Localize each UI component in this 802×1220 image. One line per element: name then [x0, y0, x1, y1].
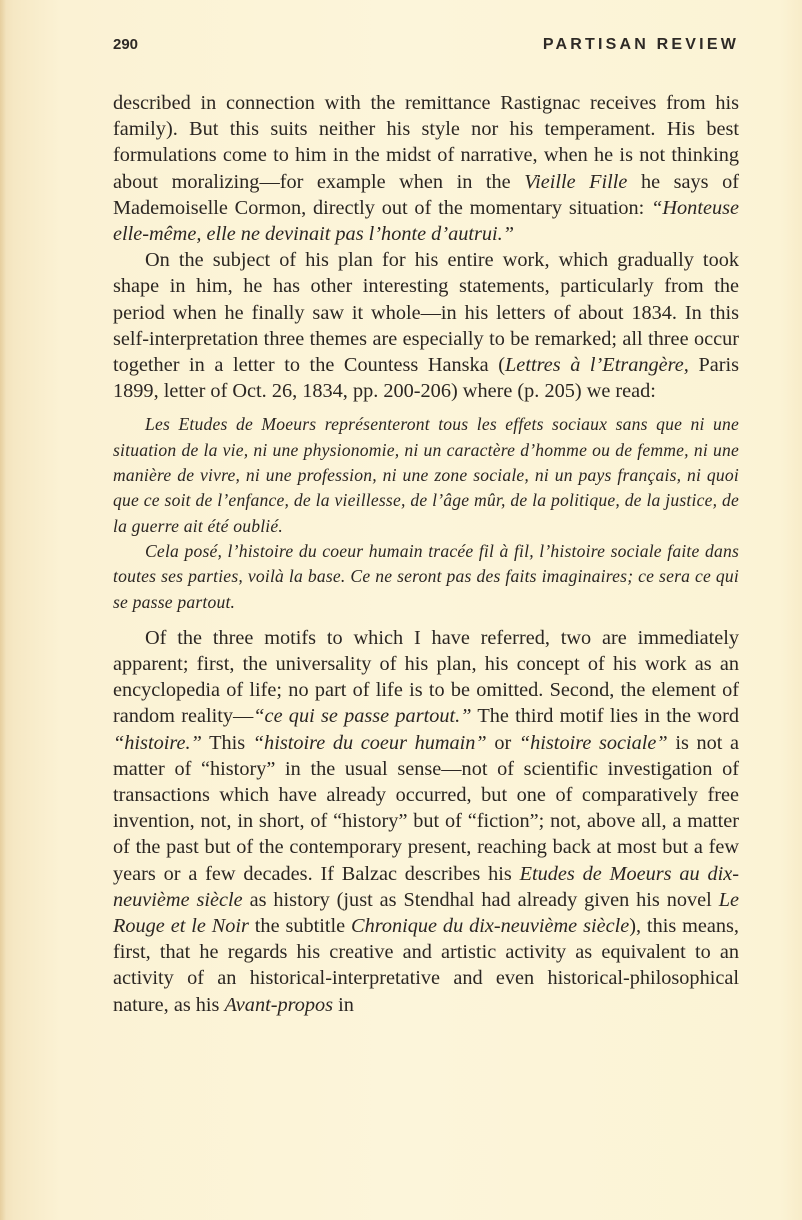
text-run: as history (just as Stendhal had already… — [243, 889, 719, 911]
text-run: or — [487, 732, 519, 754]
article-body: described in connection with the remitta… — [113, 90, 739, 1018]
text-run: in — [333, 994, 354, 1016]
title-vieille-fille: Vieille Fille — [524, 171, 627, 193]
paragraph-2: On the subject of his plan for his entir… — [113, 247, 739, 404]
title-avant-propos: Avant-propos — [225, 994, 334, 1016]
block-quote-paragraph-2: Cela posé, l’histoire du coeur humain tr… — [113, 539, 739, 615]
title-chronique: Chronique du dix-neuvième siècle — [351, 915, 629, 937]
title-lettres-etrangere: Lettres à l’Etrangère, — [505, 354, 689, 376]
running-head: 290 PARTISAN REVIEW — [113, 36, 739, 54]
text-run: the subtitle — [249, 915, 351, 937]
quote-ce-qui-se-passe: “ce qui se passe partout.” — [253, 705, 471, 727]
journal-title: PARTISAN REVIEW — [543, 36, 739, 54]
quote-histoire-du-coeur-humain: “histoire du coeur humain” — [253, 732, 487, 754]
paragraph-1: described in connection with the remitta… — [113, 90, 739, 247]
quote-histoire: “histoire.” — [113, 732, 202, 754]
text-run: This — [202, 732, 253, 754]
block-quote: Les Etudes de Moeurs représenteront tous… — [113, 412, 739, 614]
quote-histoire-sociale: “histoire sociale” — [519, 732, 668, 754]
page-number: 290 — [113, 36, 138, 53]
text-run: The third motif lies in the word — [471, 705, 739, 727]
paragraph-3: Of the three motifs to which I have refe… — [113, 625, 739, 1018]
page-edge-shadow — [0, 0, 6, 1220]
block-quote-paragraph-1: Les Etudes de Moeurs représenteront tous… — [113, 412, 739, 538]
